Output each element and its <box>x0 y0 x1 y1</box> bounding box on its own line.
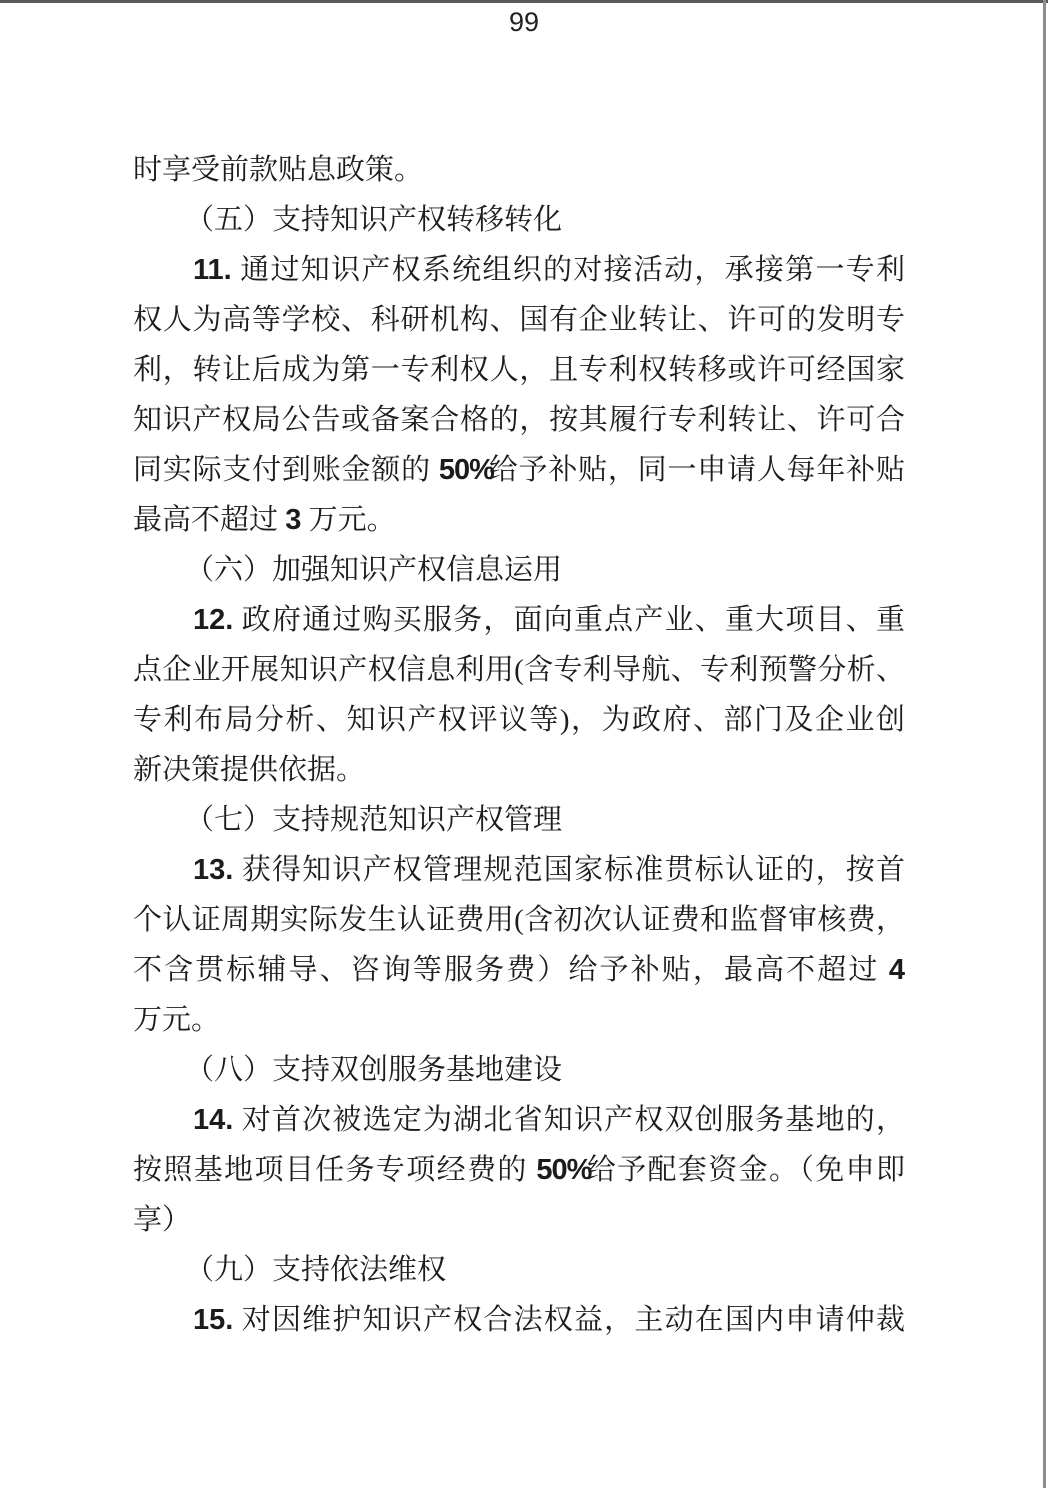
body-text-line: 12. 政府通过购买服务，面向重点产业、重大项目、重 <box>133 595 905 645</box>
cjk-text: （九）支持依法维权 <box>185 1254 446 1286</box>
cjk-text: 同实际支付到账金额的 <box>133 454 439 486</box>
body-text-line: 新决策提供依据。 <box>133 745 905 795</box>
cjk-text: 对首次被选定为湖北省知识产权双创服务基地的， <box>233 1104 905 1136</box>
cjk-text: 政府通过购买服务，面向重点产业、重大项目、重 <box>233 604 905 636</box>
numeric-text: 50% <box>439 454 494 486</box>
numeric-text: 12. <box>193 604 233 636</box>
cjk-text: 专利布局分析、知识产权评议等)，为政府、部门及企业创 <box>133 704 905 736</box>
cjk-text: 不含贯标辅导、咨询等服务费）给予补贴，最高不超过 <box>133 954 889 986</box>
cjk-text: 享） <box>133 1204 191 1236</box>
cjk-text: 权人为高等学校、科研机构、国有企业转让、许可的发明专 <box>133 304 905 336</box>
cjk-text: 点企业开展知识产权信息利用(含专利导航、专利预警分析、 <box>133 654 905 686</box>
cjk-text: （七）支持规范知识产权管理 <box>185 804 562 836</box>
document-page: 时享受前款贴息政策。（五）支持知识产权转移转化11. 通过知识产权系统组织的对接… <box>0 0 1048 1488</box>
numeric-text: 50% <box>536 1154 591 1186</box>
body-text-line: 最高不超过 3 万元。 <box>133 495 905 545</box>
body-text-line: 11. 通过知识产权系统组织的对接活动，承接第一专利 <box>133 245 905 295</box>
section-heading-line: （九）支持依法维权 <box>133 1245 905 1295</box>
cjk-text: 时享受前款贴息政策。 <box>133 154 423 186</box>
body-text-line: 知识产权局公告或备案合格的，按其履行专利转让、许可合 <box>133 395 905 445</box>
cjk-text: 对因维护知识产权合法权益，主动在国内申请仲裁 <box>233 1304 905 1336</box>
numeric-text: 3 <box>285 504 301 536</box>
numeric-text: 13. <box>193 854 233 886</box>
cjk-text: 给予配套资金。（免申即 <box>585 1154 905 1186</box>
body-text-line: 15. 对因维护知识产权合法权益，主动在国内申请仲裁 <box>133 1295 905 1345</box>
cjk-text: 个认证周期实际发生认证费用(含初次认证费和监督审核费， <box>133 904 905 936</box>
numeric-text: 11. <box>193 254 232 286</box>
body-text-line: 享） <box>133 1195 905 1245</box>
body-text-line: 权人为高等学校、科研机构、国有企业转让、许可的发明专 <box>133 295 905 345</box>
cjk-text: 利，转让后成为第一专利权人，且专利权转移或许可经国家 <box>133 354 905 386</box>
numeric-text: 14. <box>193 1104 233 1136</box>
section-heading-line: （六）加强知识产权信息运用 <box>133 545 905 595</box>
cjk-text: 万元。 <box>301 504 395 536</box>
cjk-text: （五）支持知识产权转移转化 <box>185 204 562 236</box>
cjk-text: 通过知识产权系统组织的对接活动，承接第一专利 <box>232 254 905 286</box>
page-top-border <box>0 0 1048 3</box>
cjk-text: 按照基地项目任务专项经费的 <box>133 1154 536 1186</box>
cjk-text: 获得知识产权管理规范国家标准贯标认证的，按首 <box>233 854 905 886</box>
body-text-line: 点企业开展知识产权信息利用(含专利导航、专利预警分析、 <box>133 645 905 695</box>
text-block: 时享受前款贴息政策。（五）支持知识产权转移转化11. 通过知识产权系统组织的对接… <box>133 145 905 1345</box>
section-heading-line: （五）支持知识产权转移转化 <box>133 195 905 245</box>
body-text-line: 利，转让后成为第一专利权人，且专利权转移或许可经国家 <box>133 345 905 395</box>
cjk-text: 最高不超过 <box>133 504 285 536</box>
cjk-text: （六）加强知识产权信息运用 <box>185 554 562 586</box>
body-text-line: 按照基地项目任务专项经费的 50%给予配套资金。（免申即 <box>133 1145 905 1195</box>
cjk-text: 万元。 <box>133 1004 220 1036</box>
cjk-text: 新决策提供依据。 <box>133 754 365 786</box>
cjk-text: 知识产权局公告或备案合格的，按其履行专利转让、许可合 <box>133 404 905 436</box>
body-text-line: 13. 获得知识产权管理规范国家标准贯标认证的，按首 <box>133 845 905 895</box>
body-text-line: 不含贯标辅导、咨询等服务费）给予补贴，最高不超过 4 <box>133 945 905 995</box>
page-number: 99 <box>0 2 1048 42</box>
body-text-line: 时享受前款贴息政策。 <box>133 145 905 195</box>
body-text-line: 14. 对首次被选定为湖北省知识产权双创服务基地的， <box>133 1095 905 1145</box>
body-text-line: 个认证周期实际发生认证费用(含初次认证费和监督审核费， <box>133 895 905 945</box>
numeric-text: 15. <box>193 1304 233 1336</box>
section-heading-line: （八）支持双创服务基地建设 <box>133 1045 905 1095</box>
body-text-line: 万元。 <box>133 995 905 1045</box>
page-right-border <box>1043 0 1046 1488</box>
numeric-text: 4 <box>889 954 905 986</box>
body-text-line: 同实际支付到账金额的 50%给予补贴，同一申请人每年补贴 <box>133 445 905 495</box>
cjk-text: 给予补贴，同一申请人每年补贴 <box>488 454 905 486</box>
section-heading-line: （七）支持规范知识产权管理 <box>133 795 905 845</box>
body-text-line: 专利布局分析、知识产权评议等)，为政府、部门及企业创 <box>133 695 905 745</box>
cjk-text: （八）支持双创服务基地建设 <box>185 1054 562 1086</box>
